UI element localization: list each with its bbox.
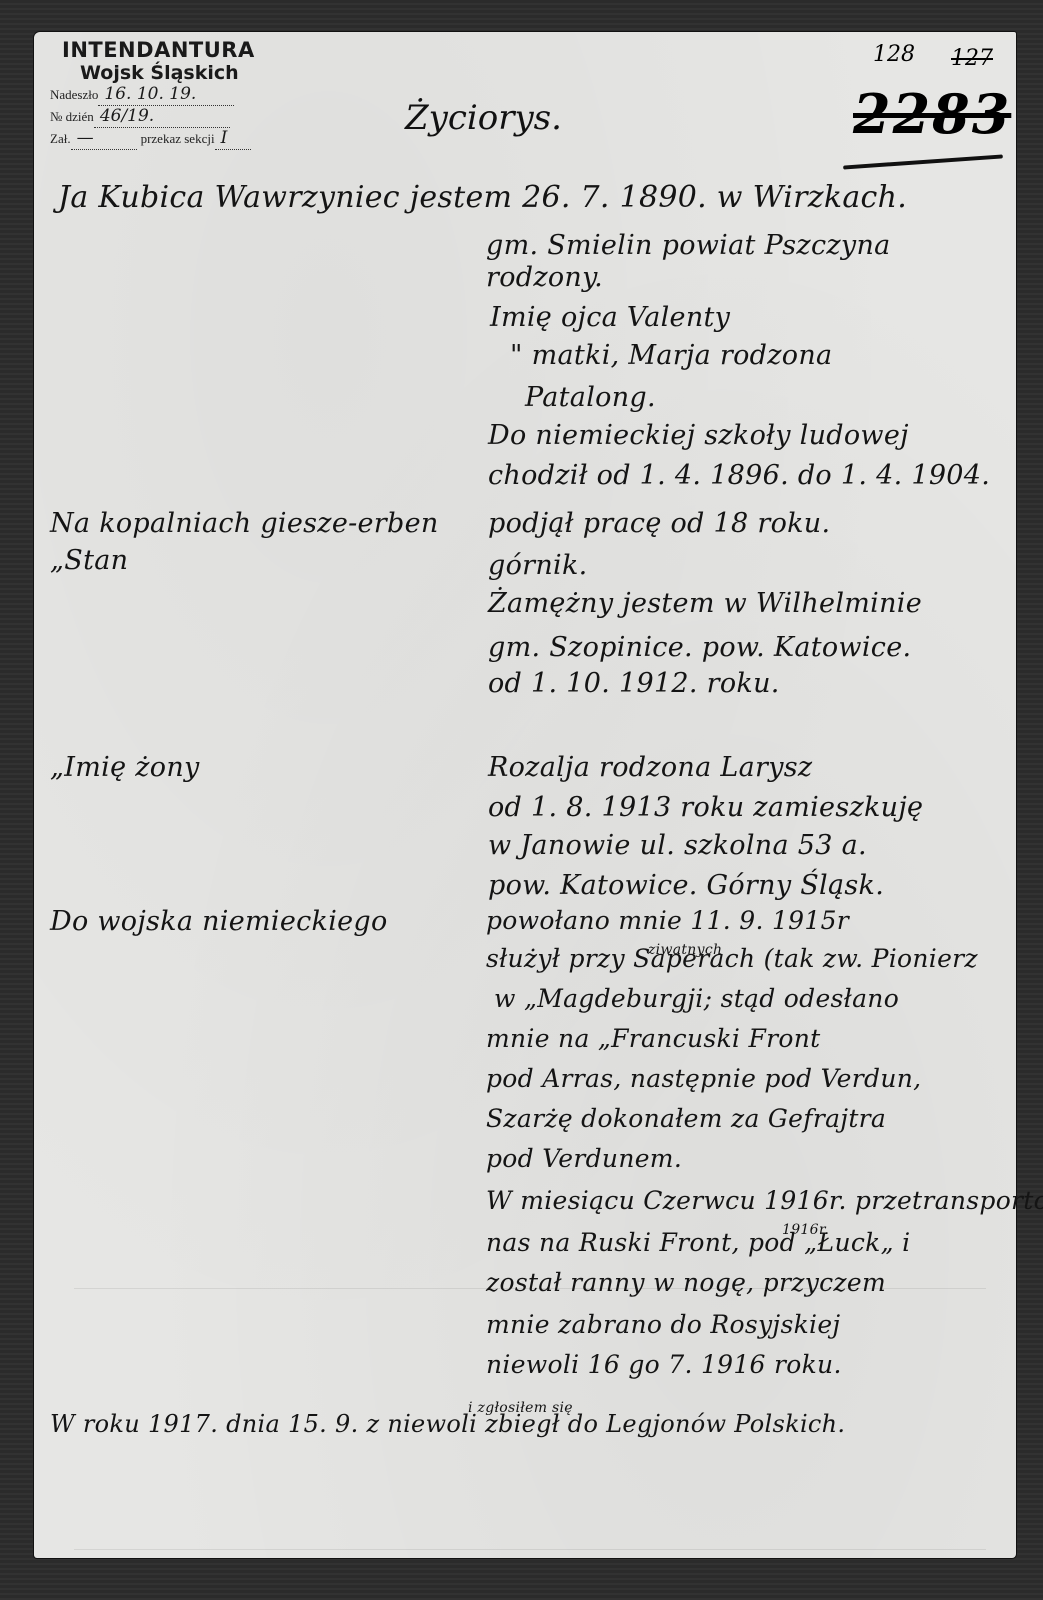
stamp-received-row: Nadeszło 16. 10. 19. xyxy=(50,84,300,106)
stamp-subtitle: Wojsk Śląskich xyxy=(80,62,300,84)
archive-numbers: 128 127 2283 xyxy=(833,40,1003,170)
biography-line: pod Arras, następnie pod Verdun, xyxy=(486,1064,921,1093)
mines-name: „Stan xyxy=(50,545,128,576)
biography-line: niewoli 16 go 7. 1916 roku. xyxy=(486,1350,842,1379)
biography-line: mnie na „Francuski Front xyxy=(486,1024,820,1053)
biography-line: mnie zabrano do Rosyjskiej xyxy=(486,1310,840,1339)
ruled-line xyxy=(74,1549,986,1550)
biography-line: pod Verdunem. xyxy=(486,1144,682,1173)
section-label: przekaz sekcji xyxy=(141,128,215,149)
biography-line: w „Magdeburgji; stąd odesłano xyxy=(494,984,899,1013)
note-year-1916: 1916r. xyxy=(782,1222,829,1238)
document-number: 2283 xyxy=(853,82,1011,146)
biography-line: podjął pracę od 18 roku. xyxy=(488,508,830,539)
stamp-title: INTENDANTURA xyxy=(62,38,300,62)
biography-line: w Janowie ul. szkolna 53 a. xyxy=(488,830,867,861)
received-label: Nadeszło xyxy=(50,84,98,105)
biography-line: został ranny w nogę, przyczem xyxy=(486,1268,886,1297)
biography-line: górnik. xyxy=(488,550,588,581)
page-number-crossed: 127 xyxy=(951,46,993,71)
biography-line: Imię ojca Valenty xyxy=(490,302,730,333)
biography-line: Do niemieckiej szkoły ludowej xyxy=(488,420,909,451)
intendantura-stamp: INTENDANTURA Wojsk Śląskich Nadeszło 16.… xyxy=(50,38,300,150)
biography-line: Patalong. xyxy=(525,382,656,413)
biography-line: od 1. 10. 1912. roku. xyxy=(488,668,780,699)
biography-line: " matki, Marja rodzona xyxy=(510,340,832,371)
page-title: Życiorys. xyxy=(405,98,562,138)
biography-line: W miesiącu Czerwcu 1916r. przetransporto… xyxy=(486,1186,1043,1215)
intro-line: Ja Kubica Wawrzyniec jestem 26. 7. 1890.… xyxy=(58,180,907,215)
biography-line: nas na Ruski Front, pod „Łuck„ i xyxy=(486,1228,910,1257)
received-value: 16. 10. 19. xyxy=(98,84,234,106)
biography-line: chodził od 1. 4. 1896. do 1. 4. 1904. xyxy=(488,460,990,491)
biography-line: służył przy Saperach (tak zw. Pionierz xyxy=(486,944,978,973)
number-value: 46/19. xyxy=(94,106,230,128)
biography-line: powołano mnie 11. 9. 1915r xyxy=(486,906,849,935)
attachment-label: Zał. xyxy=(50,128,71,149)
stamp-number-row: № dzién 46/19. xyxy=(50,106,300,128)
page-number-old: 128 xyxy=(873,42,915,67)
army-label: Do wojska niemieckiego xyxy=(50,906,388,937)
biography-line: rodzony. xyxy=(486,262,603,293)
underline-stroke xyxy=(843,154,1003,169)
biography-line: gm. Szopinice. pow. Katowice. xyxy=(488,632,911,663)
biography-line: od 1. 8. 1913 roku zamieszkuję xyxy=(488,792,923,823)
stamp-attachment-row: Zał. — przekaz sekcji I xyxy=(50,128,300,150)
wife-label: „Imię żony xyxy=(50,752,200,783)
mines-label: Na kopalniach giesze-erben xyxy=(50,508,439,539)
note-saperach: ziwatnych xyxy=(648,942,722,958)
biography-line: pow. Katowice. Górny Śląsk. xyxy=(488,870,884,901)
number-label: № dzién xyxy=(50,106,94,127)
biography-line: Żamężny jestem w Wilhelminie xyxy=(488,588,922,619)
attachment-value: — xyxy=(71,128,137,150)
biography-line: Szarżę dokonałem za Gefrajtra xyxy=(486,1104,886,1133)
biography-line: Rozalja rodzona Larysz xyxy=(488,752,812,783)
section-value: I xyxy=(215,128,251,150)
biography-line: gm. Smielin powiat Pszczyna xyxy=(486,230,891,261)
final-line: W roku 1917. dnia 15. 9. z niewoli zbieg… xyxy=(50,1410,845,1438)
